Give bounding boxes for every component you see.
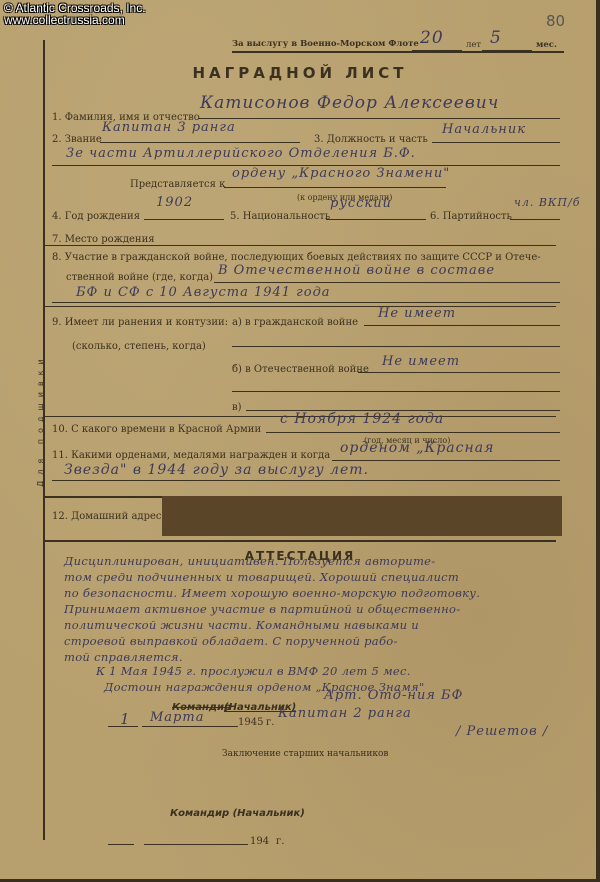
attestation-line: строевой выправкой обладает. С порученно… <box>64 634 398 648</box>
signature-name: / Решетов / <box>456 724 548 739</box>
service-prefix: За выслугу в Военно-Морском Флоте <box>232 39 419 49</box>
attestation-line: Принимает активное участие в партийной и… <box>64 602 460 616</box>
nationality-line <box>326 219 426 220</box>
attestation-line: политической жизни части. Командными нав… <box>64 618 419 632</box>
presented-label: Представляется к <box>130 179 225 190</box>
army-since-line <box>266 432 560 433</box>
birth-year-value: 1902 <box>156 195 193 210</box>
war-participation-value-2: БФ и СФ с 10 Августа 1941 года <box>76 285 331 300</box>
position-label: 3. Должность и часть <box>314 134 428 145</box>
rank-line <box>100 142 300 143</box>
side-label: Для подшивки <box>36 300 50 540</box>
name-value: Катисонов Федор Алексеевич <box>200 93 499 113</box>
attestation-line: том среди подчиненных и товарищей. Хорош… <box>64 570 459 584</box>
months-label: мес. <box>536 40 557 50</box>
position-value-line2: 3е части Артиллерийского Отделения Б.Ф. <box>66 146 416 161</box>
page-edge <box>596 0 600 882</box>
position-value: Начальник <box>442 122 526 137</box>
signature-year: 1945 <box>238 717 263 728</box>
wounds-a-label: а) в гражданской войне <box>232 317 358 328</box>
address-redaction <box>162 496 562 536</box>
rank-value: Капитан 3 ранга <box>102 120 236 135</box>
party-label: 6. Партийность <box>430 211 512 222</box>
wounds-a-line <box>364 325 560 326</box>
party-value: чл. ВКП/б <box>514 196 580 209</box>
army-since-value: с Ноября 1924 года <box>280 411 444 427</box>
day-line-2 <box>108 844 134 845</box>
wounds-c-label: в) <box>232 402 242 413</box>
service-months-value: 5 <box>490 28 502 48</box>
attestation-line: по безопасности. Имеет хорошую военно-мо… <box>64 586 480 600</box>
month-line-2 <box>144 844 248 845</box>
war-participation-label-1: 8. Участие в гражданской войне, последую… <box>52 252 541 263</box>
wounds-sublabel: (сколько, степень, когда) <box>72 341 206 352</box>
awards-value-1: орденом „Красная <box>340 440 494 456</box>
address-label: 12. Домашний адрес <box>52 511 161 522</box>
birthplace-label: 7. Место рождения <box>52 234 155 245</box>
awards-value-2: Звезда" в 1944 году за выслугу лет. <box>64 462 369 478</box>
wounds-b-value: Не имеет <box>382 354 460 369</box>
signature-year-suffix: г. <box>266 717 274 728</box>
divider <box>44 245 556 246</box>
birth-year-line <box>144 219 224 220</box>
years-label: лет <box>466 40 481 50</box>
war-participation-value-1: В Отечественной войне в составе <box>218 263 495 278</box>
war-line-2 <box>52 302 560 303</box>
divider <box>44 540 556 542</box>
document-title: НАГРАДНОЙ ЛИСТ <box>0 64 600 82</box>
rank-label: 2. Звание <box>52 134 102 145</box>
army-since-label: 10. С какого времени в Красной Армии <box>52 424 261 435</box>
copyright-url: www.collectrussia.com <box>4 14 146 26</box>
corner-number: 80 <box>546 12 565 30</box>
wounds-b-line <box>358 372 560 373</box>
name-line <box>198 118 560 119</box>
wounds-a-value: Не имеет <box>378 306 456 321</box>
party-line <box>510 219 560 220</box>
nationality-label: 5. Национальность <box>230 211 330 222</box>
signature2-year: 194 <box>250 836 269 847</box>
header-underline <box>232 51 564 53</box>
wounds-b-label: б) в Отечественной войне <box>232 364 369 375</box>
wounds-b-line2 <box>232 391 560 392</box>
divider <box>44 306 556 307</box>
presented-line <box>224 187 446 188</box>
attestation-line: той справляется. <box>64 650 183 664</box>
war-line-1 <box>214 282 560 283</box>
signature2-year-suffix: г. <box>276 836 284 847</box>
awards-label: 11. Какими орденами, медалями награжден … <box>52 450 330 461</box>
copyright-watermark: © Atlantic Crossroads, Inc. www.collectr… <box>4 2 146 26</box>
war-participation-label-2: ственной войне (где, когда) <box>66 272 213 283</box>
day-line <box>108 726 138 727</box>
commander-label-2: Командир (Начальник) <box>170 808 305 819</box>
position-line <box>432 142 560 143</box>
attestation-line: Дисциплинирован, инициативен. Пользуется… <box>64 554 435 568</box>
awards-line-2 <box>52 480 560 481</box>
month-line <box>142 726 238 727</box>
nationality-value: русский <box>330 196 392 211</box>
signature-month: Марта <box>150 710 204 725</box>
signature-unit: Арт. Отд-ния БФ <box>324 688 463 703</box>
wounds-a-line2 <box>232 346 560 347</box>
presented-value: ордену „Красного Знамени" <box>232 166 450 181</box>
attestation-line: К 1 Мая 1945 г. прослужил в ВМФ 20 лет 5… <box>96 664 411 678</box>
conclusion-title: Заключение старших начальников <box>222 749 388 759</box>
service-years-value: 20 <box>420 28 444 48</box>
signature-rank: Капитан 2 ранга <box>278 706 412 721</box>
wounds-label: 9. Имеет ли ранения и контузии: <box>52 317 228 328</box>
awards-line-1 <box>332 460 560 461</box>
birth-year-label: 4. Год рождения <box>52 211 140 222</box>
